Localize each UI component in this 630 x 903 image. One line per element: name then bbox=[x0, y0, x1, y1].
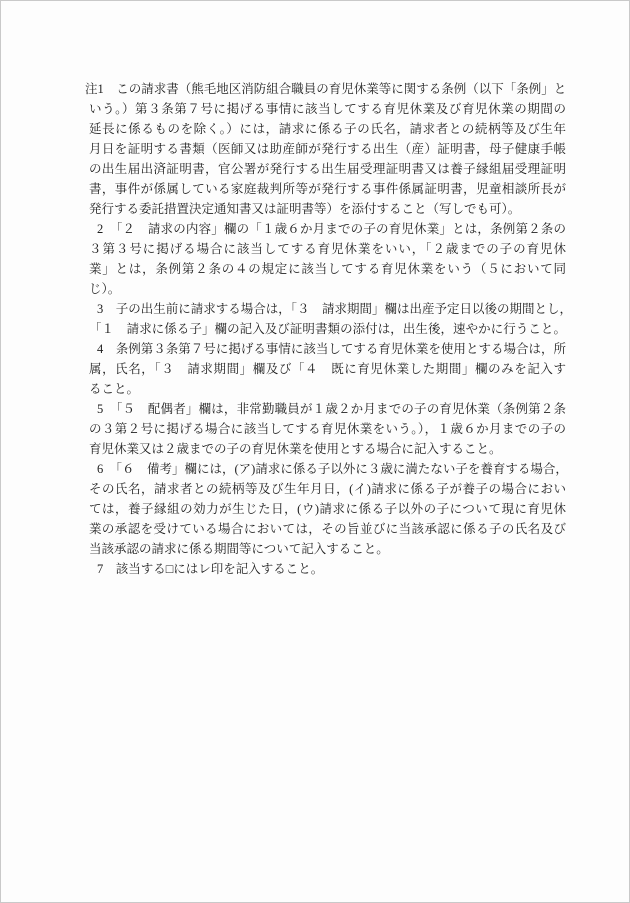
note-line: 書，事件が係属している家庭裁判所等が発行する事件係属証明書，児童相談所長が bbox=[89, 179, 566, 199]
note-line: 6 「６ 備考」欄には，(ア)請求に係る子以外に３歳に満たない子を養育する場合， bbox=[97, 459, 566, 479]
note-line: 当該承認の請求に係る期間等について記入すること。 bbox=[89, 539, 566, 559]
note-line: ること。 bbox=[89, 379, 566, 399]
note-line: 発行する委託措置決定通知書又は証明書等）を添付すること（写しでも可）。 bbox=[89, 199, 566, 219]
note-line: 業」とは，条例第２条の４の規定に該当してする育児休業をいう（５において同 bbox=[89, 259, 566, 279]
note-line: ては，養子縁組の効力が生じた日，(ウ)請求に係る子以外の子について現に育児休 bbox=[89, 499, 566, 519]
note-line: の３第２号に掲げる場合に該当してする育児休業をいう。），１歳６か月までの子の bbox=[89, 419, 566, 439]
note-line: ３第３号に掲げる場合に該当してする育児休業をいい，「２歳までの子の育児休 bbox=[89, 239, 566, 259]
note-line: 7 該当する□にはレ印を記入すること。 bbox=[97, 559, 566, 579]
note-line: 延長に係るものを除く。）には，請求に係る子の氏名，請求者との続柄等及び生年 bbox=[89, 119, 566, 139]
note-line: 3 子の出生前に請求する場合は，「３ 請求期間」欄は出産予定日以後の期間とし， bbox=[97, 299, 566, 319]
note-line: 「１ 請求に係る子」欄の記入及び証明書類の添付は，出生後，速やかに行うこと。 bbox=[89, 319, 566, 339]
note-line: その氏名，請求者との続柄等及び生年月日，(イ)請求に係る子が養子の場合におい bbox=[89, 479, 566, 499]
note-line: いう。）第３条第７号に掲げる事情に該当してする育児休業及び育児休業の期間の bbox=[89, 99, 566, 119]
note-line: 4 条例第３条第７号に掲げる事情に該当してする育児休業を使用とする場合は，所 bbox=[97, 339, 566, 359]
note-line: 業の承認を受けている場合においては，その旨並びに当該承認に係る子の氏名及び bbox=[89, 519, 566, 539]
document-page: 注1 この請求書（熊毛地区消防組合職員の育児休業等に関する条例（以下「条例」と … bbox=[0, 0, 630, 903]
note-line: 2 「２ 請求の内容」欄の「１歳６か月までの子の育児休業」とは，条例第２条の bbox=[97, 219, 566, 239]
note-line: 注1 この請求書（熊毛地区消防組合職員の育児休業等に関する条例（以下「条例」と bbox=[85, 79, 566, 99]
note-line: 5 「５ 配偶者」欄は，非常勤職員が１歳２か月までの子の育児休業（条例第２条 bbox=[97, 399, 566, 419]
note-line: 月日を証明する書類（医師又は助産師が発行する出生（産）証明書，母子健康手帳 bbox=[89, 139, 566, 159]
note-line: の出生届出済証明書，官公署が発行する出生届受理証明書又は養子縁組届受理証明 bbox=[89, 159, 566, 179]
note-line: 属，氏名，「３ 請求期間」欄及び「４ 既に育児休業した期間」欄のみを記入す bbox=[89, 359, 566, 379]
note-line: 育児休業又は２歳までの子の育児休業を使用とする場合に記入すること。 bbox=[89, 439, 566, 459]
note-line: じ）。 bbox=[89, 279, 566, 299]
